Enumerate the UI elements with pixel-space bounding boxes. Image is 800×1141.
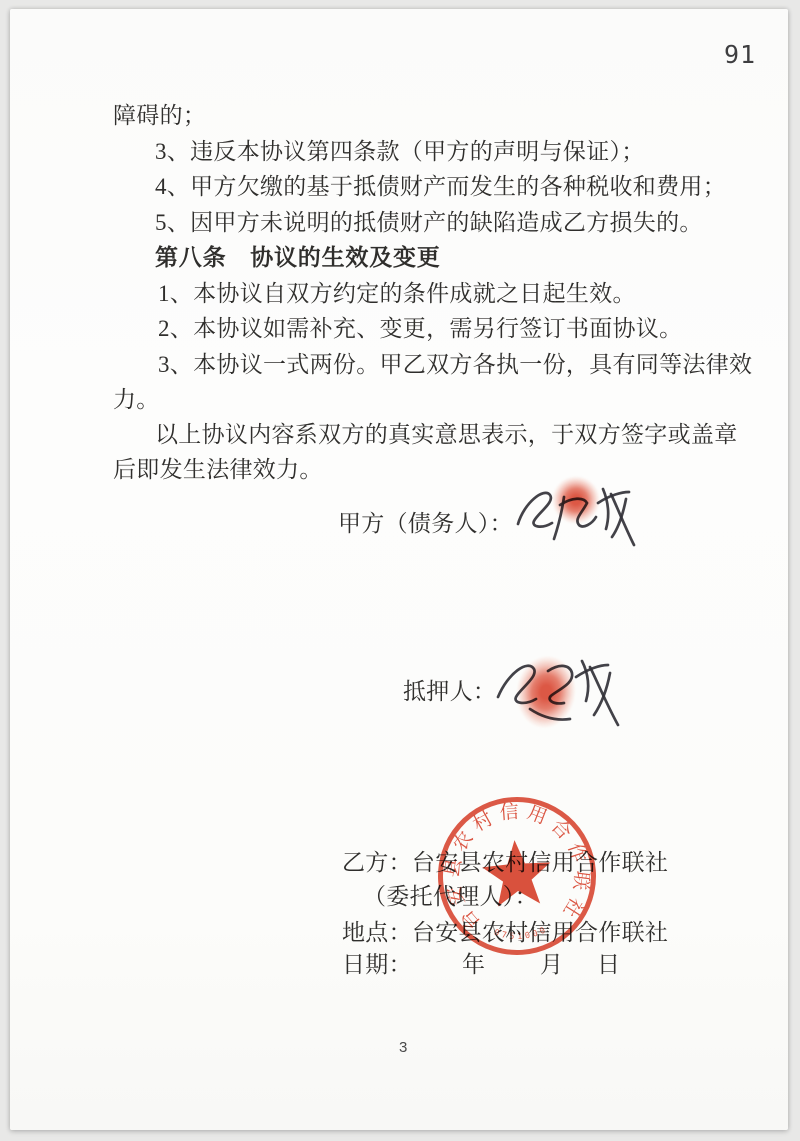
footer-page-number: 3: [399, 1039, 407, 1056]
body-line: 3、本协议一式两份。甲乙双方各执一份，具有同等法律效: [158, 350, 752, 380]
scanned-document: 91 障碍的； 3、违反本协议第四条款（甲方的声明与保证）； 4、甲方欠缴的基于…: [0, 0, 800, 1141]
party-a-label: 甲方（债务人）：: [338, 509, 513, 539]
body-line: 5、因甲方未说明的抵债财产的缺陷造成乙方损失的。: [155, 208, 703, 238]
signature-mortgagor: [490, 645, 630, 735]
page-corner-number: 91: [724, 40, 756, 69]
document-page: 91 障碍的； 3、违反本协议第四条款（甲方的声明与保证）； 4、甲方欠缴的基于…: [10, 9, 788, 1130]
body-line: 后即发生法律效力。: [113, 455, 323, 485]
date-label: 日期：: [342, 950, 412, 980]
body-line: 以上协议内容系双方的真实意思表示，于双方签字或盖章: [155, 420, 738, 450]
body-line: 2、本协议如需补充、变更，需另行签订书面协议。: [158, 314, 682, 344]
body-line: 4、甲方欠缴的基于抵债财产而发生的各种税收和费用；: [155, 172, 726, 202]
body-line: 力。: [113, 385, 160, 415]
body-line: 障碍的；: [113, 101, 206, 131]
svg-text:0751000: 0751000: [492, 924, 551, 944]
body-line: 3、违反本协议第四条款（甲方的声明与保证）；: [155, 137, 645, 167]
signature-party-a: [508, 469, 643, 554]
section-heading: 第八条 协议的生效及变更: [155, 243, 441, 273]
official-seal: 台安县农村信用合作联社 0751000: [417, 776, 617, 976]
body-line: 1、本协议自双方约定的条件成就之日起生效。: [158, 279, 636, 309]
seal-code-text: 0751000: [492, 924, 551, 944]
mortgagor-label: 抵押人：: [403, 677, 496, 707]
seal-star-icon: [480, 838, 553, 908]
